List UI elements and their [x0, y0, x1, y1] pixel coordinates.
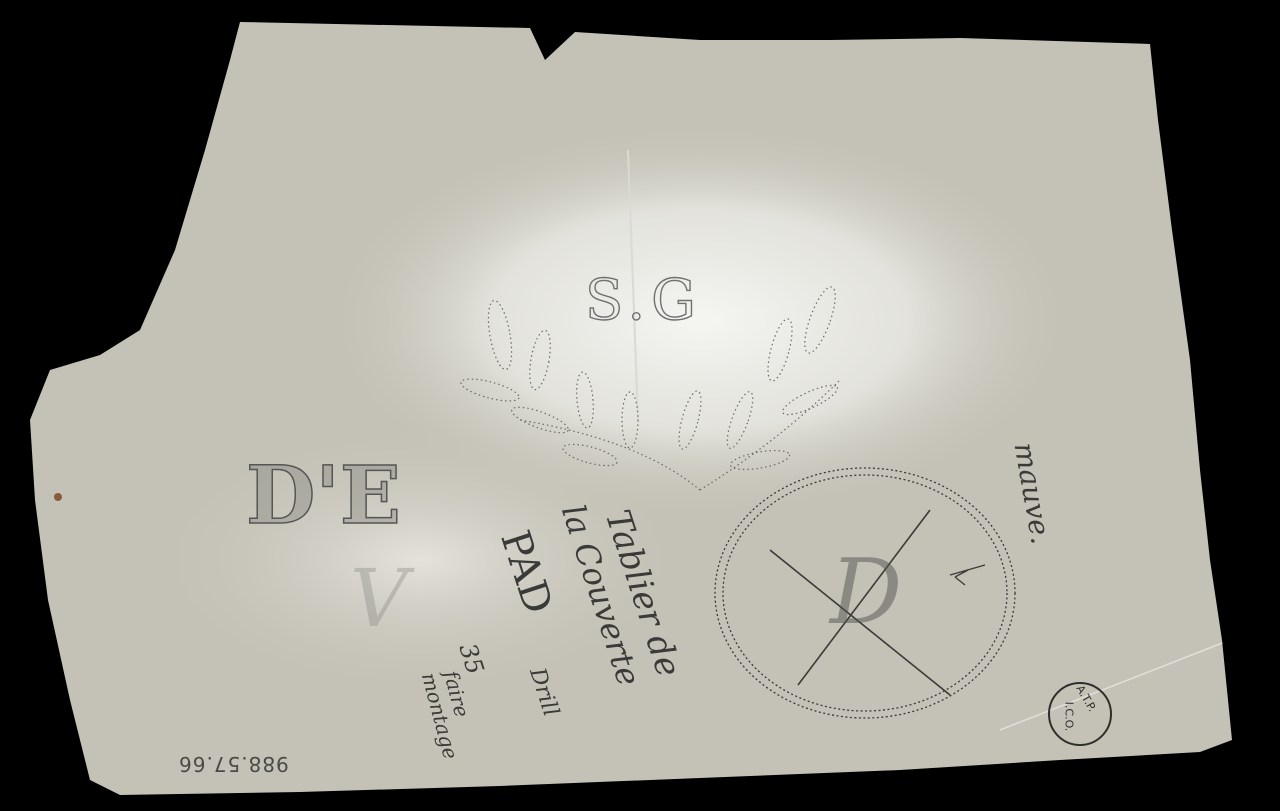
inventory-number: 988.57.66 — [178, 752, 289, 776]
monogram-sg: S.G — [585, 268, 702, 333]
monogram-circle-d: D — [830, 540, 902, 645]
stamp-subtext: I.C.O. — [1062, 702, 1075, 732]
monogram-de: D'E — [246, 448, 401, 542]
monogram-v: V — [350, 552, 408, 645]
museum-stamp: A.T.P. I.C.O. — [1048, 682, 1112, 746]
stamp-text: A.T.P. — [1073, 683, 1098, 714]
